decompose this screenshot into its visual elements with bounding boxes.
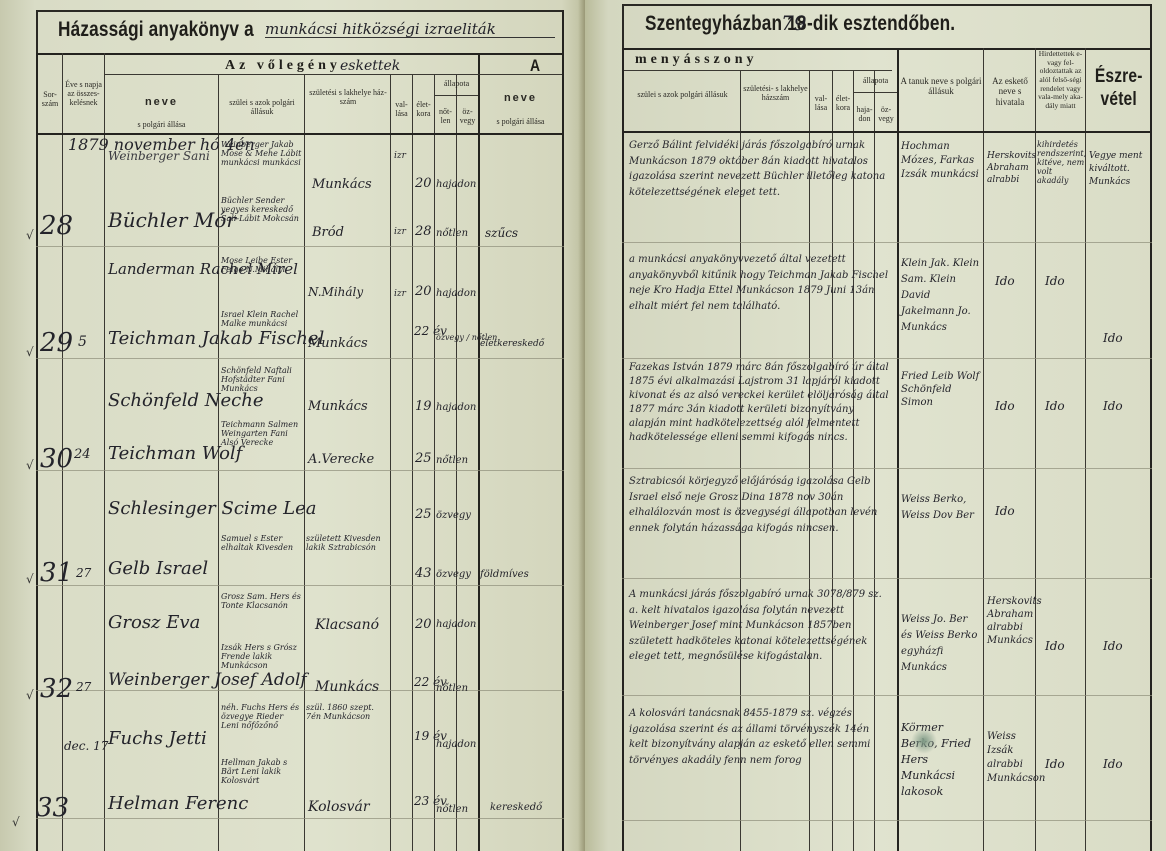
bride-name: Schönfeld Neche — [108, 392, 263, 410]
bride-parents: Schönfeld Naftali Hofstädter Fani Munkác… — [221, 366, 303, 393]
groom-status: nőtlen — [436, 805, 468, 815]
entry-number: 33 — [36, 795, 69, 821]
officiant: Weiss Izsák alrabbi Munkácson — [987, 730, 1035, 786]
bride-age: 25 — [415, 508, 432, 521]
col-groom-name: neve — [105, 96, 218, 109]
entry-date: 24 — [74, 448, 91, 461]
margin-check-icon: √ — [26, 458, 34, 472]
register-title: Házassági anyakönyv a — [58, 18, 254, 42]
bride-parents: Grosz Sam. Hers és Tonte Klacsanón — [221, 592, 303, 610]
bride-name-upper: Weinberger Sani — [108, 150, 210, 162]
witnesses: Weiss Berko, Weiss Dov Ber — [901, 492, 981, 524]
legal-note: A munkácsi járás főszolgabíró urnak 3078… — [629, 587, 889, 665]
bride-parents: Mose Leibe Ester Feige N.Mihályi — [221, 256, 303, 274]
groom-name: Teichman Jakab Fischel — [108, 330, 324, 348]
bride-religion: izr — [394, 290, 406, 299]
groom-birthplace: Kolosvár — [308, 800, 370, 814]
officiant: Herskovits Abraham alrabbi Munkács — [987, 595, 1035, 647]
col-groom-age: élet-kora — [413, 100, 434, 118]
entry-date: 27 — [76, 681, 91, 693]
entry-number: 32 — [40, 676, 73, 702]
groom-birthplace: A.Verecke — [308, 453, 374, 466]
groom-header: Az vőlegény — [225, 58, 341, 74]
entry-date: dec. 17 — [64, 740, 108, 752]
margin-check-icon: √ — [26, 345, 34, 359]
bride-status: hajadon — [436, 740, 476, 750]
bride-header-letter: A — [530, 56, 540, 76]
church-year-title-suffix: -dik esztendőben. — [807, 12, 955, 36]
groom-name: Helman Ferenc — [108, 795, 248, 813]
col-witnesses: A tanuk neve s polgári állásuk — [899, 76, 983, 97]
groom-birthplace: Munkács — [308, 337, 368, 350]
officiant: Ido — [995, 505, 1015, 517]
church-year-handwritten: 79 — [781, 13, 806, 33]
banns: Ido — [1045, 640, 1065, 652]
groom-name: Gelb Israel — [108, 560, 208, 578]
legal-note: a munkácsi anyakönyvvezető által vezetet… — [629, 252, 889, 314]
remarks: Ido — [1103, 332, 1123, 344]
groom-occupation: szűcs — [485, 227, 518, 239]
groom-status: nőtlen — [436, 456, 468, 466]
bride-age: 20 — [415, 285, 432, 298]
entry-date: 27 — [76, 567, 91, 579]
col-groom-parents: szülei s azok polgári állásuk — [222, 98, 302, 116]
groom-name: Teichman Wolf — [108, 445, 242, 463]
col-bride-status-maiden: haja-don — [854, 105, 875, 123]
ink-stain — [911, 728, 937, 754]
entry-number: 28 — [40, 213, 73, 239]
groom-parents: Israel Klein Rachel Malke munkácsi — [221, 310, 303, 328]
bride-parents: néh. Fuchs Hers és özvegye Rieder Leni n… — [221, 703, 303, 730]
officiant: Ido — [995, 400, 1015, 412]
groom-birthplace: született Kivesden lakik Sztrabicsón — [306, 534, 390, 552]
bride-age: 20 — [415, 618, 432, 631]
groom-birthplace: Bród — [312, 226, 344, 239]
bride-status: hajadon — [436, 403, 476, 413]
col-groom-name-sub: s polgári állása — [105, 120, 218, 129]
groom-status: özvegy — [436, 570, 471, 580]
col-bride-age: élet-kora — [833, 94, 853, 112]
groom-parents: Izsák Hers s Grósz Frende lakik Munkácso… — [221, 643, 303, 670]
col-bride-parents: szülei s azok polgári állásuk — [625, 90, 740, 99]
col-groom-status: állapota — [435, 79, 478, 88]
left-page: Házassági anyakönyv a munkácsi hitközség… — [0, 0, 585, 851]
entry-number: 30 — [40, 446, 73, 472]
groom-parents: Teichmann Salmen Weingarten Fani Alsó Ve… — [221, 420, 303, 447]
groom-name: Büchler Mór — [108, 210, 236, 230]
bride-status: hajadon — [436, 620, 476, 630]
bride-birthplace: Klacsanó — [315, 618, 379, 632]
col-bride-status: állapota — [854, 76, 897, 85]
margin-check-icon: √ — [26, 688, 34, 702]
bride-age: 19 — [415, 400, 432, 413]
groom-header-handwritten: eskettek — [340, 59, 400, 73]
register-title-community: munkácsi hitközségi izraeliták — [265, 22, 555, 38]
col-groom-status-widowed: öz-vegy — [457, 107, 478, 125]
right-page: Szentegyházban 18 79 -dik esztendőben. m… — [585, 0, 1166, 851]
col-groom-status-single: nőt-len — [435, 107, 456, 125]
margin-check-icon: √ — [12, 815, 20, 829]
bride-parents: Weinberger Jakab Mose & Mehe Lábit munká… — [221, 140, 303, 167]
groom-parents: Hellman Jakab s Bärt Leni lakik Kolosvár… — [221, 758, 303, 785]
witnesses: Klein Jak. Klein Sam. Klein David Jakelm… — [901, 256, 981, 336]
col-bride-name-sub: s polgári állása — [479, 117, 562, 126]
col-remarks: Észre-vétel — [1090, 66, 1147, 112]
bride-age: 20 — [415, 177, 432, 190]
bride-birthplace: szül. 1860 szept. 7én Munkácson — [306, 703, 390, 721]
col-bride-name: neve — [479, 92, 562, 105]
entry-number: 29 — [40, 330, 73, 356]
groom-religion: izr — [394, 228, 406, 237]
bride-birthplace: N.Mihály — [308, 286, 363, 298]
bride-status: hajadon — [436, 180, 476, 190]
margin-check-icon: √ — [26, 228, 34, 242]
remarks: Vegye ment kiváltott. Munkács — [1089, 150, 1147, 189]
bride-name: Fuchs Jetti — [108, 730, 207, 748]
officiant: Herskovits Abraham alrabbi — [987, 150, 1035, 186]
col-groom-birthplace: születési s lakhelye ház-szám — [306, 88, 390, 106]
col-sorszam: Sor-szám — [38, 90, 62, 108]
banns: Ido — [1045, 275, 1065, 287]
groom-occupation: földmíves — [480, 570, 529, 580]
witnesses: Weiss Jo. Ber és Weiss Berko egyházfi Mu… — [901, 612, 981, 676]
groom-age: 28 — [415, 225, 432, 238]
legal-note: Sztrabicsói körjegyző előjáróság igazolá… — [629, 474, 889, 536]
officiant: Ido — [995, 275, 1015, 287]
groom-name: Weinberger Josef Adolf — [108, 672, 307, 689]
col-bride-birthplace: születési- s lakhelye házszám — [742, 84, 809, 102]
witnesses: Hochman Mózes, Farkas Izsák munkácsi — [901, 140, 981, 182]
bride-birthplace: Munkács — [312, 178, 372, 191]
remarks: Ido — [1103, 758, 1123, 770]
col-banns: Hirdettettek e-vagy fel-oldoztattak az a… — [1036, 50, 1085, 110]
witnesses: Fried Leib Wolf Schönfeld Simon — [901, 370, 981, 409]
bride-header: menyásszony — [635, 52, 758, 68]
groom-status: nőtlen — [436, 684, 468, 694]
col-officiant: Az eskető neve s hivatala — [985, 76, 1035, 107]
groom-occupation: életkereskedő — [480, 340, 544, 349]
col-bride-status-widow: öz-vegy — [875, 105, 897, 123]
bride-religion: izr — [394, 152, 406, 161]
legal-note: Gerző Bálint felvidéki járás főszolgabír… — [629, 138, 889, 200]
col-bride-religion: val-lása — [810, 94, 832, 112]
margin-check-icon: √ — [26, 572, 34, 586]
groom-age: 25 — [415, 452, 432, 465]
remarks: Ido — [1103, 640, 1123, 652]
bride-status: hajadon — [436, 289, 476, 299]
entry-date: 5 — [78, 335, 87, 349]
bride-status: özvegy — [436, 511, 471, 521]
bride-name: Schlesinger Scime Lea — [108, 500, 316, 518]
banns: Ido — [1045, 400, 1065, 412]
bride-name: Grosz Eva — [108, 614, 200, 632]
col-groom-religion: val-lása — [391, 100, 412, 118]
banns: kihirdetés rendszerint, kitéve, nem volt… — [1037, 140, 1085, 185]
groom-status: nőtlen — [436, 229, 468, 239]
col-date: Éve s napja az összes-kelésnek — [63, 80, 104, 108]
remarks: Ido — [1103, 400, 1123, 412]
bride-birthplace: Munkács — [308, 400, 368, 413]
legal-note: Fazekas István 1879 márc 8án főszolgabír… — [629, 361, 889, 445]
entry-number: 31 — [40, 560, 73, 586]
legal-note: A kolosvári tanácsnak 8455-1879 sz. végz… — [629, 706, 889, 768]
groom-parents: Büchler Sender vegyes kereskedő Sali-Láb… — [221, 196, 303, 223]
groom-age: 43 — [415, 567, 432, 580]
groom-occupation: kereskedő — [490, 803, 542, 813]
groom-parents: Samuel s Ester elhaltak Kivesden — [221, 534, 303, 552]
groom-birthplace: Munkács — [315, 680, 379, 694]
banns: Ido — [1045, 758, 1065, 770]
